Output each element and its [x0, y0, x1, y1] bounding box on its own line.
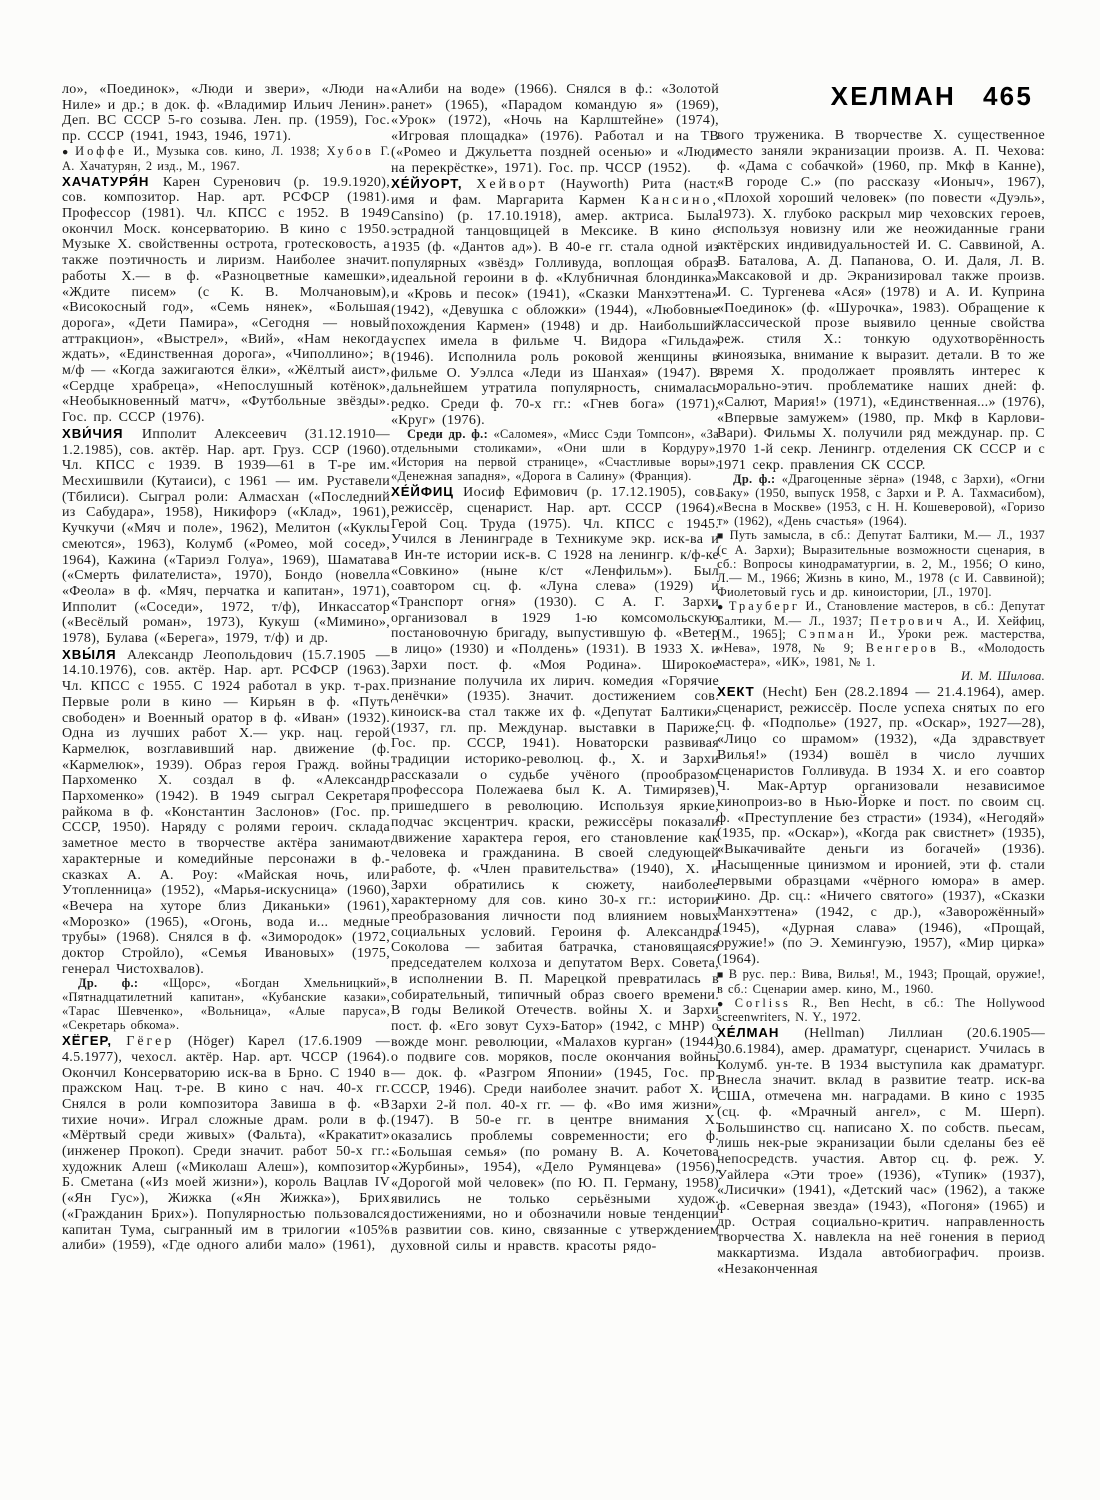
text-segment: (Hellman) Лиллиан (20.6.1905—30.6.1984),…	[717, 1026, 1045, 1277]
page-number: 465	[983, 82, 1033, 111]
bullet-circle-icon: ●	[717, 999, 730, 1010]
text-segment: Иосиф Ефимович (р. 17.12.1905), сов. реж…	[391, 485, 719, 1254]
text-segment: Венгеров	[866, 641, 939, 655]
entry-paragraph: ХЕ́ЛМАН (Hellman) Лиллиан (20.6.1905—30.…	[717, 1025, 1045, 1277]
entry-paragraph: ХЁГЕР, Гёгер (Höger) Карел (17.6.1909 — …	[62, 1033, 390, 1254]
entry-paragraph: ХВЫ́ЛЯ Александр Леопольдович (15.7.1905…	[62, 647, 390, 978]
filmography-paragraph: Др. ф.: «Драгоценные зёрна» (1948, с Зар…	[717, 473, 1045, 529]
runin-heading: Среди др. ф.:	[407, 427, 488, 441]
encyclopedia-page: ло», «Поединок», «Люди и звери», «Люди н…	[0, 0, 1100, 1500]
bullet-circle-icon: ●	[717, 602, 724, 613]
text-segment: Петрович	[870, 614, 945, 628]
bullet-circle-icon: ●	[62, 147, 70, 158]
entry-headword: ХВИ́ЧИЯ	[62, 426, 142, 441]
paragraph: «Алиби на воде» (1966). Снялся в ф.: «Зо…	[391, 82, 719, 176]
bullet-square-icon: ■	[717, 970, 724, 981]
runin-heading: Др. ф.:	[78, 976, 138, 990]
text-segment: В рус. пер.: Вива, Вилья!, М., 1943; Про…	[717, 967, 1045, 996]
filmography-paragraph: Др. ф.: «Щорс», «Богдан Хмельницкий», «П…	[62, 977, 390, 1033]
text-segment: Хейворт	[476, 177, 547, 192]
works-paragraph: ■Путь замысла, в сб.: Депутат Балтики, М…	[717, 529, 1045, 600]
text-segment: Иоффе	[75, 144, 127, 158]
entry-paragraph: ХАЧАТУРЯ́Н Карен Суренович (р. 19.9.1920…	[62, 174, 390, 426]
entry-headword: ХАЧАТУРЯ́Н	[62, 174, 163, 189]
text-segment: Гёгер	[126, 1034, 174, 1049]
text-segment: Сэпман	[798, 627, 856, 641]
running-head: ХЕЛМАН 465	[717, 82, 1033, 111]
text-segment: Corliss	[735, 996, 791, 1010]
entry-paragraph: ХЕКТ (Hecht) Бен (28.2.1894 — 21.4.1964)…	[717, 684, 1045, 968]
column-2: «Алиби на воде» (1966). Снялся в ф.: «Зо…	[391, 82, 719, 1427]
text-segment: Кансино,	[640, 193, 719, 208]
text-segment: Cansino) (р. 17.10.1918), амер. актриса.…	[391, 209, 719, 428]
text-segment: Ипполит Алексеевич (31.12.1910—1.2.1985)…	[62, 427, 390, 646]
text-segment: Трауберг	[729, 599, 800, 613]
runin-heading: Др. ф.:	[733, 472, 775, 486]
bibliography-paragraph: ●Иоффе И., Музыка сов. кино, Л. 1938; Ху…	[62, 145, 390, 174]
text-segment: Хубов	[327, 144, 374, 158]
column-3: ХЕЛМАН 465 вого труженика. В творчестве …	[717, 82, 1045, 1427]
paragraph: ло», «Поединок», «Люди и звери», «Люди н…	[62, 82, 390, 145]
entry-headword: ХВЫ́ЛЯ	[62, 647, 127, 662]
entry-paragraph: ХВИ́ЧИЯ Ипполит Алексеевич (31.12.1910—1…	[62, 426, 390, 647]
column-1: ло», «Поединок», «Люди и звери», «Люди н…	[62, 82, 390, 1427]
running-head-title: ХЕЛМАН	[831, 82, 956, 111]
entry-paragraph: ХЕ́ЙУОРТ, Хейворт (Hayworth) Рита (наст.…	[391, 176, 719, 428]
text-segment: (Hecht) Бен (28.2.1894 — 21.4.1964), аме…	[717, 685, 1045, 967]
text-segment: Александр Леопольдович (15.7.1905 — 14.1…	[62, 648, 390, 977]
text-segment: И., Музыка сов. кино, Л. 1938;	[127, 144, 327, 158]
bibliography-paragraph: ●Трауберг И., Становление мастеров, в сб…	[717, 600, 1045, 671]
entry-headword: ХЁГЕР,	[62, 1033, 126, 1048]
entry-headword: ХЕ́ЛМАН	[717, 1025, 804, 1040]
text-segment: вого труженика. В творчестве Х. существе…	[717, 128, 1045, 473]
text-segment: «Алиби на воде» (1966). Снялся в ф.: «Зо…	[391, 82, 719, 176]
entry-headword: ХЕКТ	[717, 684, 763, 699]
entry-paragraph: ХЕ́ЙФИЦ Иосиф Ефимович (р. 17.12.1905), …	[391, 484, 719, 1254]
filmography-paragraph: Среди др. ф.: «Саломея», «Мисс Сэди Томп…	[391, 428, 719, 484]
text-segment: И. М. Шилова.	[961, 669, 1045, 683]
entry-headword: ХЕ́ЙУОРТ,	[391, 176, 476, 191]
bibliography-paragraph: ●Corliss R., Ben Hecht, в сб.: The Holly…	[717, 997, 1045, 1026]
text-segment: ло», «Поединок», «Люди и звери», «Люди н…	[62, 82, 390, 144]
entry-headword: ХЕ́ЙФИЦ	[391, 484, 463, 499]
text-segment: (Höger) Карел (17.6.1909 — 4.5.1977), че…	[62, 1034, 390, 1253]
text-segment: Путь замысла, в сб.: Депутат Балтики, М.…	[717, 528, 1045, 599]
text-segment: Карен Суренович (р. 19.9.1920), сов. ком…	[62, 175, 390, 426]
paragraph: вого труженика. В творчестве Х. существе…	[717, 128, 1045, 473]
bullet-square-icon: ■	[717, 531, 725, 542]
author-signature: И. М. Шилова.	[717, 670, 1045, 684]
works-paragraph: ■В рус. пер.: Вива, Вилья!, М., 1943; Пр…	[717, 968, 1045, 997]
